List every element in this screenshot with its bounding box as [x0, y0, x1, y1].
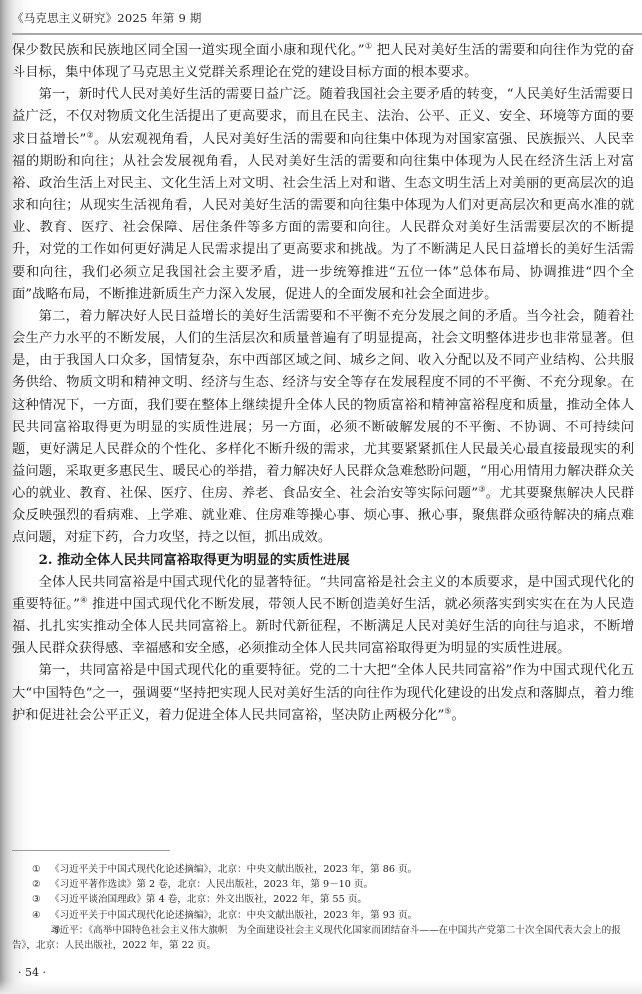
page: 《马克思主义研究》2025 年第 9 期 保少数民族和民族地区同全国一道实现全面… [0, 0, 642, 994]
article-body: 保少数民族和民族地区同全国一道实现全面小康和现代化。”① 把人民对美好生活的需要… [12, 40, 634, 727]
paragraph: 全体人民共同富裕是中国式现代化的显著特征。“共同富裕是社会主义的本质要求，是中国… [12, 572, 634, 661]
footnote-divider [12, 850, 170, 851]
footnote-reference[interactable]: ④ [80, 595, 88, 604]
footnote-item: ④《习近平关于中国式现代化论述摘编》，北京：中央文献出版社，2023 年，第 9… [12, 908, 634, 923]
header-divider [12, 33, 642, 35]
footnote-number: ① [32, 862, 50, 877]
footnote-text: 《习近平谈治国理政》第 4 卷，北京：外文出版社，2022 年，第 55 页。 [50, 894, 367, 905]
running-header: 《马克思主义研究》2025 年第 9 期 [12, 10, 202, 26]
footnote-item: ②《习近平著作选读》第 2 卷，北京：人民出版社，2023 年，第 9－10 页… [12, 877, 634, 892]
footnote-number: ② [32, 877, 50, 892]
footnote-reference[interactable]: ③ [478, 485, 486, 494]
footnote-item: ①《习近平关于中国式现代化论述摘编》，北京：中央文献出版社，2023 年，第 8… [12, 862, 634, 877]
footnote-item: ⑤习近平：《高举中国特色社会主义伟大旗帜 为全面建设社会主义现代化国家而团结奋斗… [12, 923, 634, 953]
text-segment: 推进中国式现代化不断发展，带领人民不断创造美好生活，就必须落实到实实在在为人民造… [12, 597, 634, 656]
text-segment: 。 [451, 708, 464, 723]
paragraph: 第二，着力解决好人民日益增长的美好生活需要和不平衡不充分发展之间的矛盾。当今社会… [12, 306, 634, 550]
page-number: · 54 · [18, 966, 46, 979]
footnote-text: 《习近平关于中国式现代化论述摘编》，北京：中央文献出版社，2023 年，第 93… [50, 910, 417, 921]
footnote-text: 习近平：《高举中国特色社会主义伟大旗帜 为全面建设社会主义现代化国家而团结奋斗—… [12, 925, 621, 951]
footnotes: ①《习近平关于中国式现代化论述摘编》，北京：中央文献出版社，2023 年，第 8… [12, 862, 634, 953]
paragraph: 保少数民族和民族地区同全国一道实现全面小康和现代化。”① 把人民对美好生活的需要… [12, 40, 634, 84]
paragraph: 第一，共同富裕是中国式现代化的重要特征。党的二十大把“全体人民共同富裕”作为中国… [12, 660, 634, 726]
footnote-text: 《习近平关于中国式现代化论述摘编》，北京：中央文献出版社，2023 年，第 86… [50, 864, 417, 875]
paragraph: 第一，新时代人民对美好生活的需要日益广泛。随着我国社会主要矛盾的转变，“人民美好… [12, 84, 634, 306]
footnote-text: 《习近平著作选读》第 2 卷，北京：人民出版社，2023 年，第 9－10 页。 [50, 879, 373, 890]
text-segment: 2. 推动全体人民共同富裕取得更为明显的实质性进展 [39, 553, 350, 568]
footnote-number: ③ [32, 892, 50, 907]
text-segment: 保少数民族和民族地区同全国一道实现全面小康和现代化。” [12, 43, 365, 58]
footnote-item: ③《习近平谈治国理政》第 4 卷，北京：外文出版社，2022 年，第 55 页。 [12, 892, 634, 907]
page-edge-shadow [0, 980, 642, 994]
footnote-reference[interactable]: ② [86, 130, 94, 139]
text-segment: 。从宏观视角看，人民对美好生活的需要和向往集中体现为对国家富强、民族振兴、人民幸… [12, 132, 634, 302]
footnote-number: ⑤ [32, 923, 50, 938]
section-heading: 2. 推动全体人民共同富裕取得更为明显的实质性进展 [12, 550, 634, 572]
text-segment: 第二，着力解决好人民日益增长的美好生活需要和不平衡不充分发展之间的矛盾。当今社会… [12, 309, 634, 501]
footnote-number: ④ [32, 908, 50, 923]
text-segment: 第一，共同富裕是中国式现代化的重要特征。党的二十大把“全体人民共同富裕”作为中国… [12, 663, 634, 722]
